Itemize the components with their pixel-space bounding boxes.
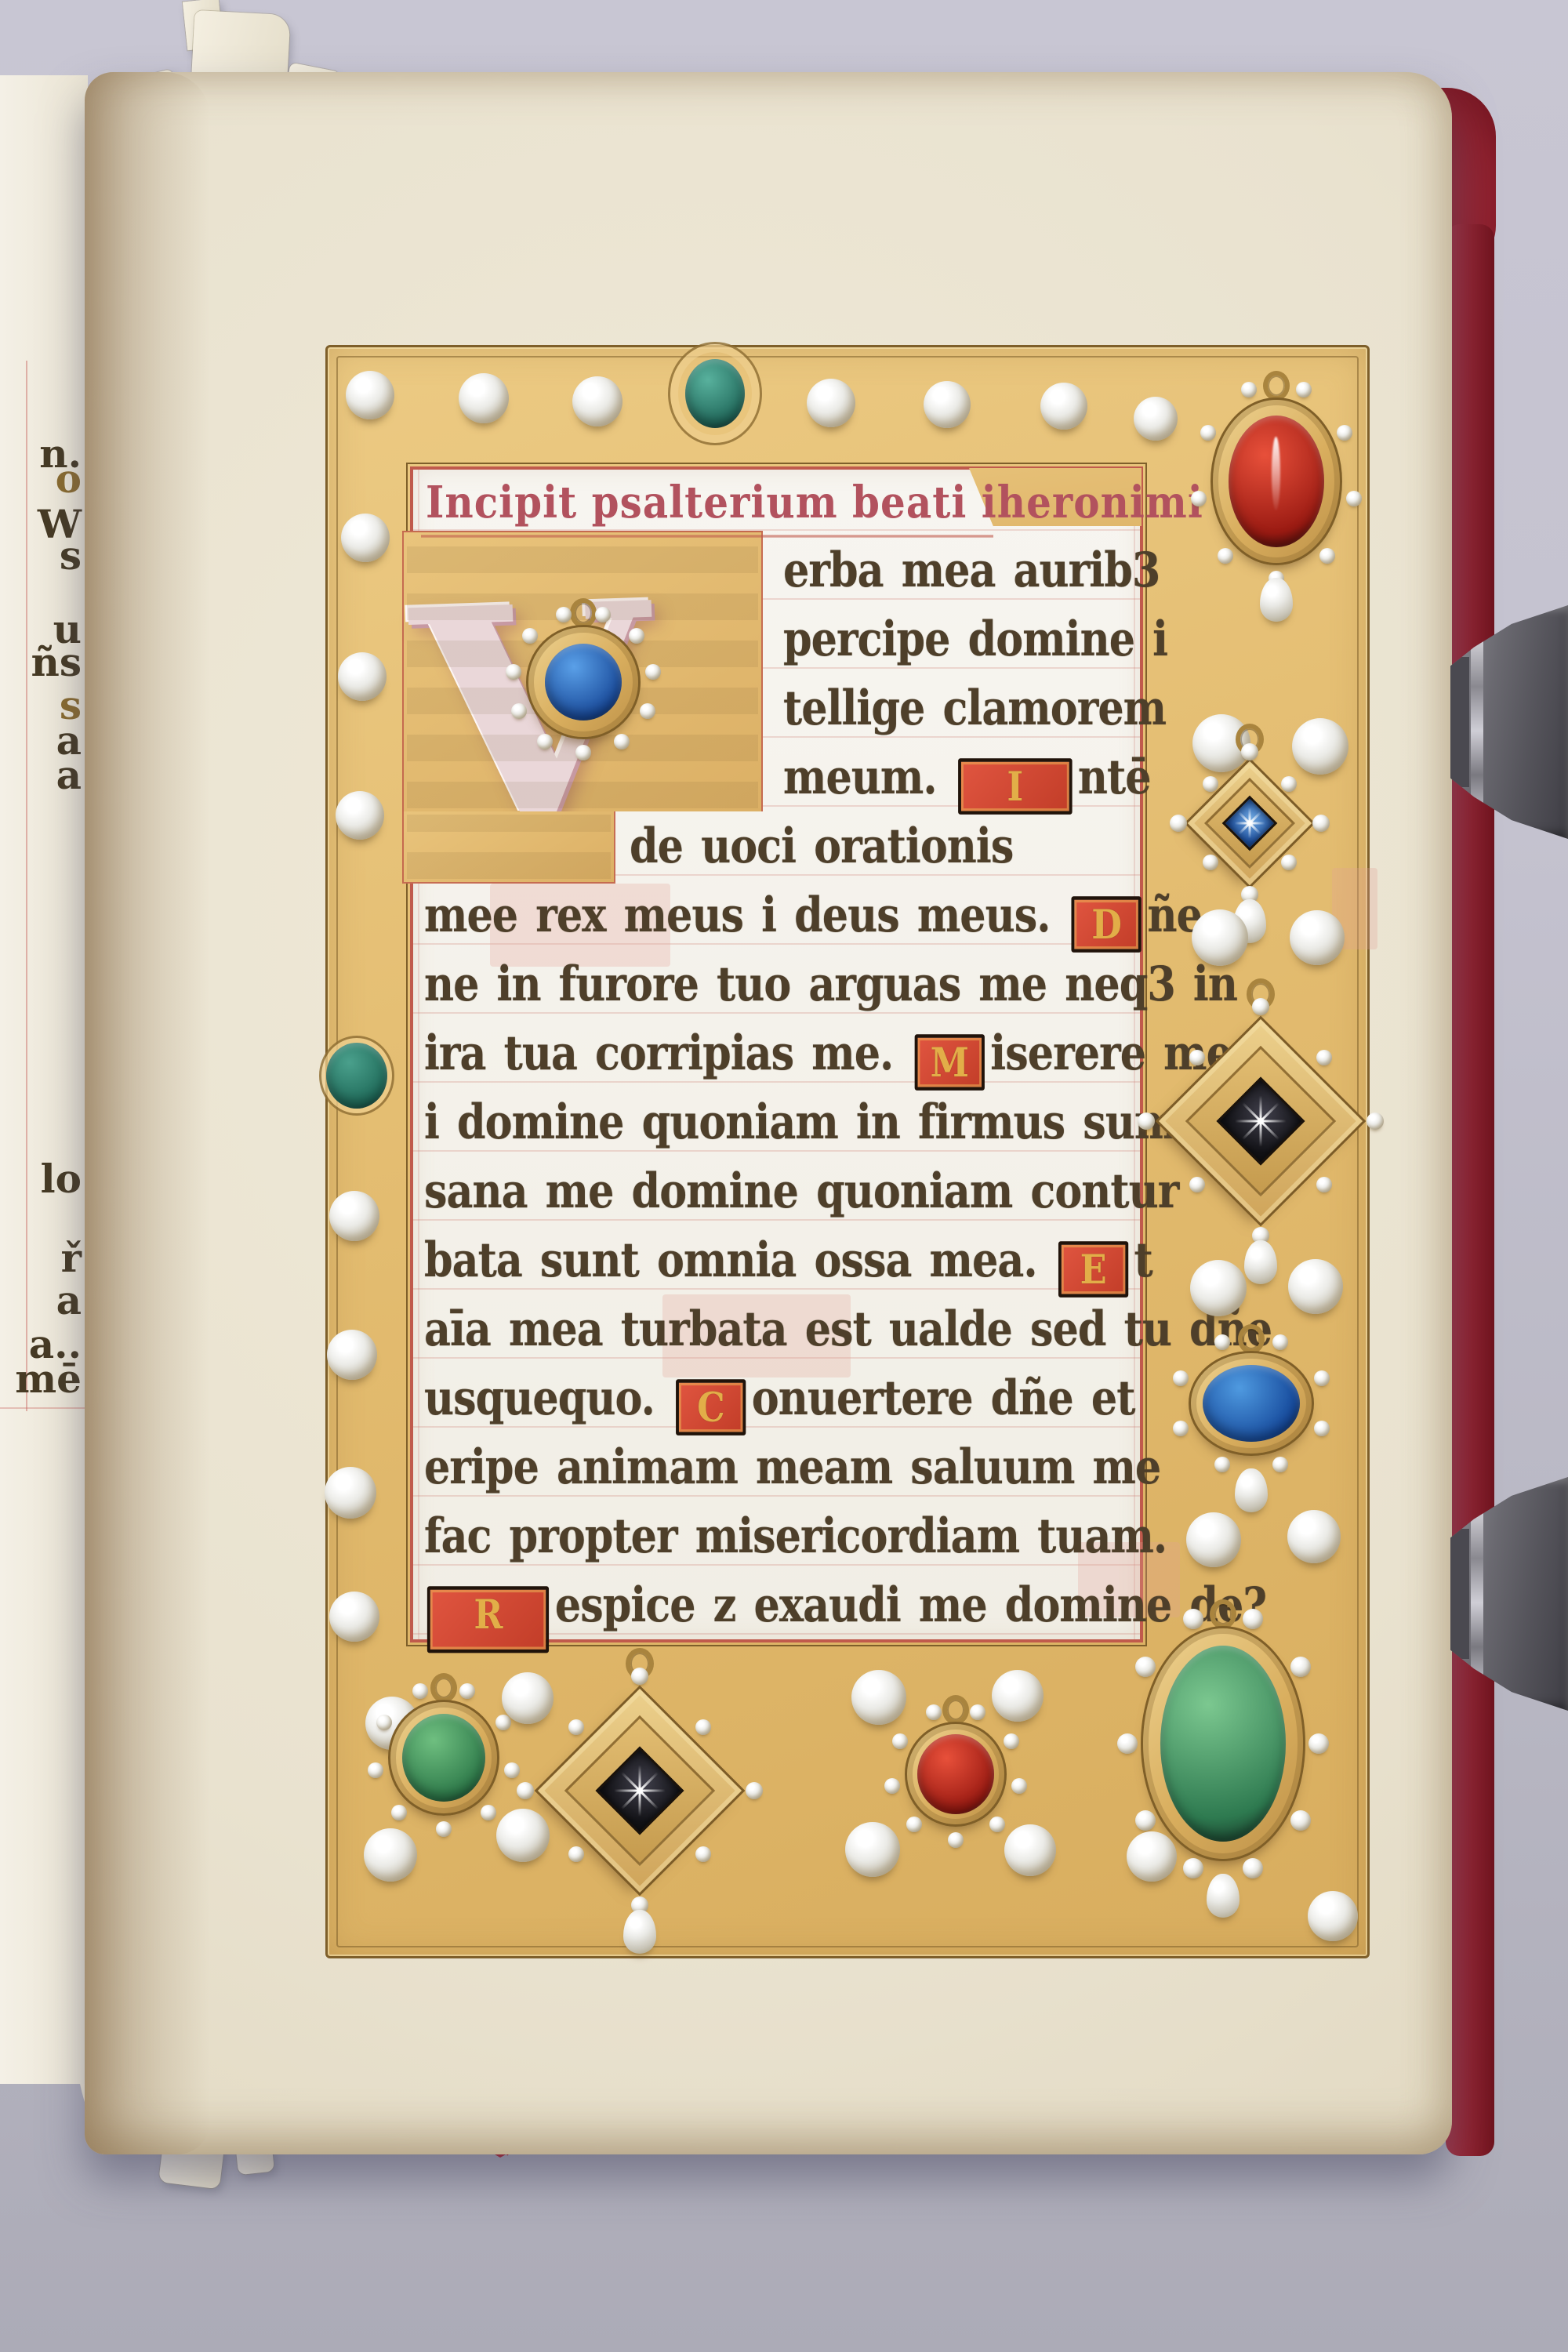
manuscript-page: V Incipit psalterium beati iheronimi erb… <box>85 72 1452 2154</box>
text-line: mee rex meus i deus meus. Dñe <box>424 878 1202 956</box>
manuscript-text: ntē <box>1078 749 1151 805</box>
red-velvet-binding-edge <box>1446 224 1494 2156</box>
manuscript-text: i domine quoniam in firmus sum <box>424 1094 1177 1150</box>
jeweled-gold-border: V Incipit psalterium beati iheronimi erb… <box>325 345 1370 1958</box>
manuscript-text: t <box>1134 1232 1152 1288</box>
manuscript-text: erba mea aurib3 <box>783 542 1160 598</box>
text-line: meum. Intē <box>783 740 1151 818</box>
show-through-stain <box>1332 868 1377 949</box>
text-line: tellige clamorem <box>783 671 1166 749</box>
clipped-letter-fragment: s <box>60 536 82 575</box>
manuscript-text: percipe domine i <box>783 611 1167 667</box>
clipped-letter-fragment: a <box>56 756 82 795</box>
text-line: de uoci orationis <box>630 809 1013 887</box>
manuscript-text: iserere me <box>990 1025 1232 1081</box>
facing-page-edge: n.oWsuñssaalořaa..mē <box>0 75 88 2084</box>
text-line: sana me domine quoniam contur <box>424 1154 1178 1232</box>
clipped-letter-fragment: ř <box>61 1239 82 1278</box>
illuminated-initial-panel-tail <box>402 811 615 884</box>
text-line: usquequo. Conuertere dñe et <box>424 1361 1134 1439</box>
text-line: i domine quoniam in firmus sum <box>424 1085 1177 1163</box>
manuscript-text: ira tua corripias me. <box>424 1025 911 1081</box>
text-line: ira tua corripias me. Miserere me <box>424 1016 1232 1094</box>
text-line: erba mea aurib3 <box>783 533 1160 611</box>
versal-initial: I <box>958 758 1073 815</box>
manuscript-text: aīa mea turbata est ualde sed tu dñe <box>424 1301 1272 1357</box>
manuscript-text: ñe <box>1148 887 1202 943</box>
text-line: bata sunt omnia ossa mea. Et <box>424 1223 1152 1301</box>
text-line: Respice z exaudi me domine de? <box>424 1568 1266 1646</box>
manuscript-text: sana me domine quoniam contur <box>424 1163 1178 1219</box>
illuminated-initial-panel: V <box>402 531 763 811</box>
manuscript-text: bata sunt omnia ossa mea. <box>424 1232 1055 1288</box>
clipped-letter-fragment: a <box>56 1281 82 1320</box>
text-line: fac propter misericordiam tuam. <box>424 1499 1167 1577</box>
manuscript-photo-scene: n.oWsuñssaalořaa..mē V Incipit psalteriu… <box>0 0 1568 2352</box>
manuscript-text: espice z exaudi me domine de? <box>555 1577 1266 1633</box>
manuscript-text: usquequo. <box>424 1370 673 1426</box>
versal-initial: M <box>914 1034 984 1091</box>
manuscript-text: eripe animam meam saluum me <box>424 1439 1160 1495</box>
clipped-letter-fragment: ñs <box>31 643 82 682</box>
versal-initial: R <box>427 1586 549 1653</box>
text-block: V Incipit psalterium beati iheronimi erb… <box>410 466 1143 1642</box>
versal-initial: C <box>676 1379 746 1436</box>
text-line: percipe domine i <box>783 602 1167 680</box>
manuscript-text: mee rex meus i deus meus. <box>424 887 1069 943</box>
manuscript-text: tellige clamorem <box>783 680 1166 736</box>
manuscript-text: meum. <box>783 749 955 805</box>
manuscript-text: fac propter misericordiam tuam. <box>424 1508 1167 1564</box>
versal-initial: D <box>1072 896 1142 953</box>
clipped-letter-fragment: o <box>56 459 82 499</box>
text-line: aīa mea turbata est ualde sed tu dñe <box>424 1292 1272 1370</box>
text-line: eripe animam meam saluum me <box>424 1430 1160 1508</box>
versal-initial: E <box>1058 1241 1128 1298</box>
rubric-incipit: Incipit psalterium beati iheronimi <box>421 474 993 538</box>
manuscript-text: ne in furore tuo arguas me neq3 in <box>424 956 1237 1012</box>
clipped-letter-fragment: lo <box>41 1160 82 1199</box>
clipped-letter-fragment: mē <box>15 1359 82 1399</box>
manuscript-text: de uoci orationis <box>630 818 1013 874</box>
text-line: ne in furore tuo arguas me neq3 in <box>424 947 1237 1025</box>
manuscript-text: onuertere dñe et <box>752 1370 1135 1426</box>
